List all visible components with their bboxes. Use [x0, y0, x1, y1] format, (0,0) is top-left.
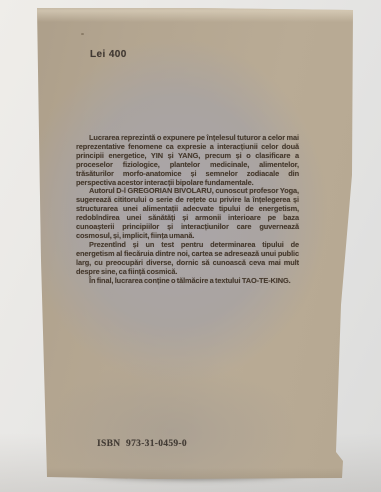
- blurb-text: Lucrarea reprezintă o expunere pe înțele…: [76, 134, 299, 285]
- paper-speck: [81, 33, 84, 35]
- blurb-paragraph-1: Lucrarea reprezintă o expunere pe înțele…: [76, 134, 299, 187]
- blurb-paragraph-3: Prezentînd și un test pentru determinare…: [76, 241, 299, 277]
- blurb-paragraph-4: În final, lucrarea conține o tălmăcire a…: [76, 277, 299, 286]
- isbn-label: ISBN 973-31-0459-0: [97, 439, 187, 449]
- price-label: Lei 400: [90, 49, 127, 60]
- photo-background: Lei 400 Lucrarea reprezintă o expunere p…: [0, 0, 381, 492]
- book-back-cover: Lei 400 Lucrarea reprezintă o expunere p…: [0, 0, 381, 492]
- blurb-paragraph-2: Autorul D-l GREGORIAN BIVOLARU, cunoscut…: [76, 187, 299, 240]
